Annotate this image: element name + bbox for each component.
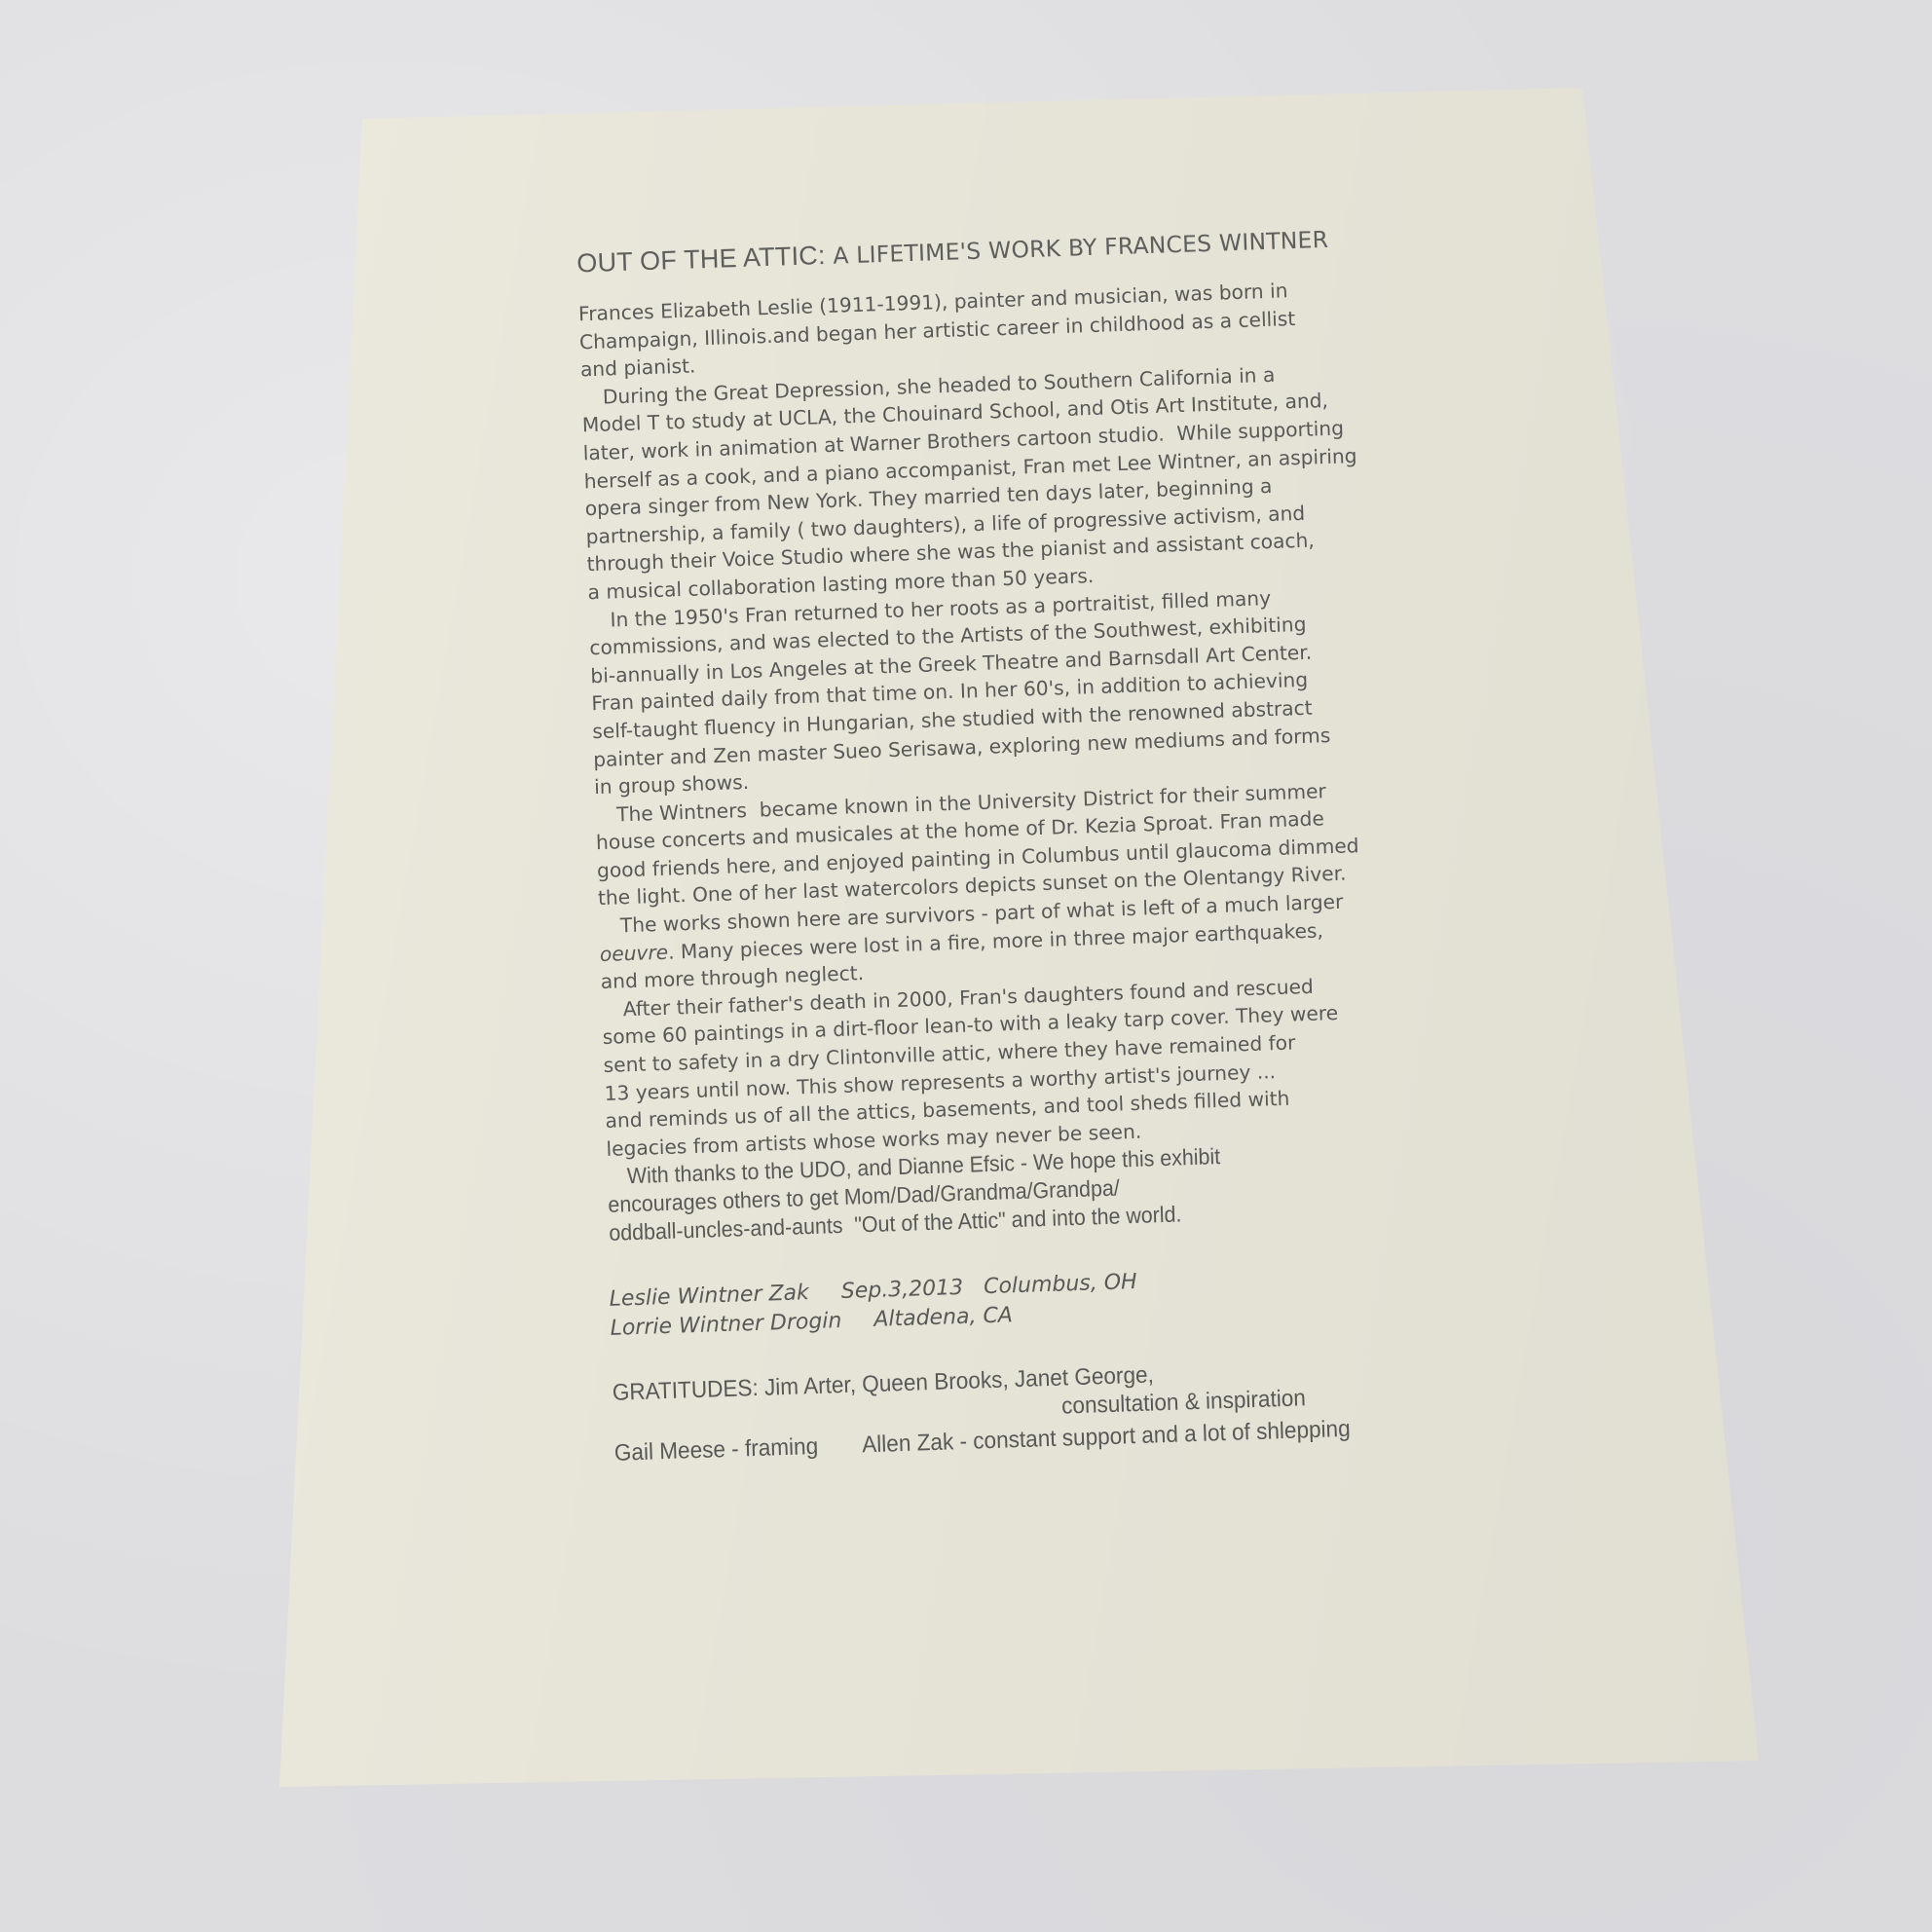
signature-block: Leslie Wintner Zak Sep.3,2013 Columbus, … <box>609 1253 1570 1344</box>
paragraph-great-depression: During the Great Depression, she headed … <box>580 353 1545 607</box>
paragraph-rescue: After their father's death in 2000, Fran… <box>601 964 1564 1163</box>
signer-name: Lorrie Wintner Drogin <box>610 1307 842 1344</box>
italic-word-oeuvre: oeuvre <box>599 940 668 965</box>
document-title: OUT OF THE ATTIC: A LIFETIME'S WORK BY F… <box>576 217 1535 279</box>
signature-date: Sep.3,2013 <box>840 1274 963 1307</box>
paragraph-1950s: In the 1950's Fran returned to her roots… <box>588 575 1552 801</box>
document-body: Frances Elizabeth Leslie (1911-1991), pa… <box>578 269 1565 1164</box>
title-rest: A LIFETIME'S WORK BY FRANCES WINTNER <box>825 226 1328 270</box>
signer-place: Columbus, OH <box>984 1268 1137 1302</box>
signer-place: Altadena, CA <box>873 1301 1014 1335</box>
title-prefix: OUT OF THE ATTIC: <box>576 241 826 278</box>
credit-framing: Gail Meese - framing <box>613 1433 818 1467</box>
printed-document: OUT OF THE ATTIC: A LIFETIME'S WORK BY F… <box>560 192 1575 1468</box>
